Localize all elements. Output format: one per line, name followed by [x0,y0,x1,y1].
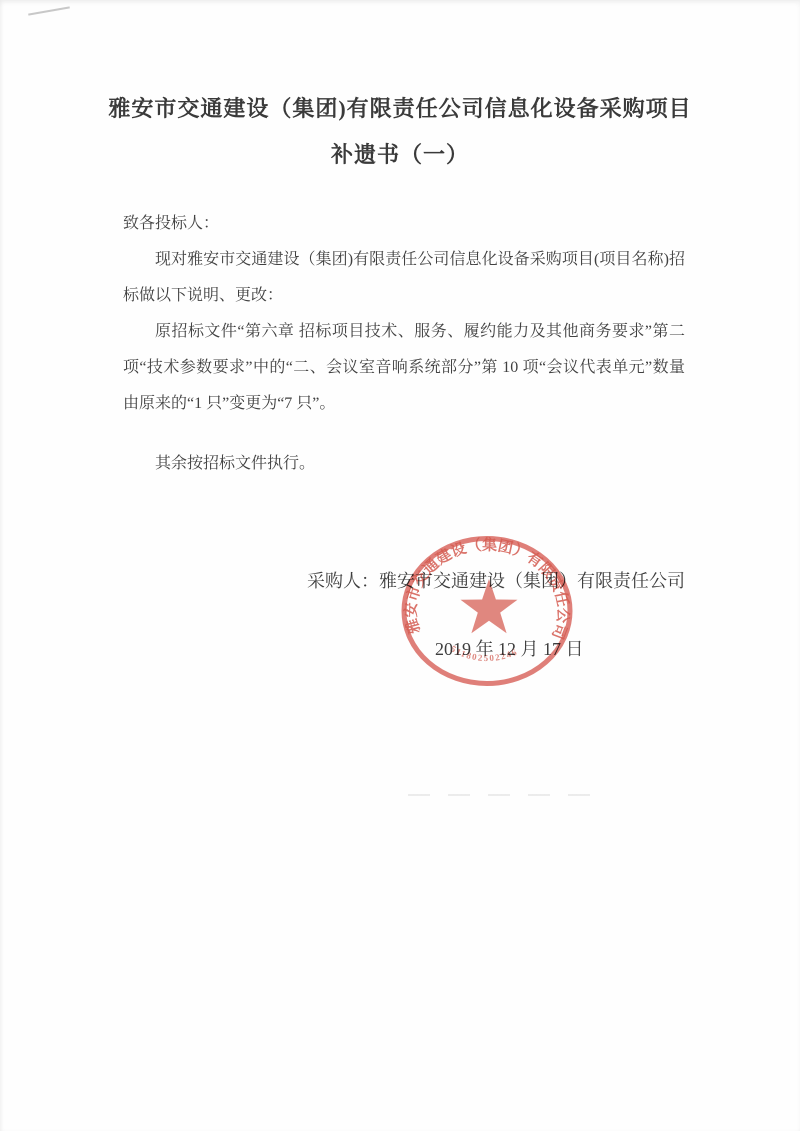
salutation: 致各投标人： [123,206,685,242]
purchaser-label: 采购人： [307,571,379,591]
scan-smudge-artifact [408,794,593,796]
document-page: 雅安市交通建设（集团)有限责任公司信息化设备采购项目 补遗书（一） 致各投标人：… [0,0,800,1131]
paragraph-change-detail: 原招标文件“第六章 招标项目技术、服务、履约能力及其他商务要求”第二项“技术参数… [123,314,685,422]
paragraph-announcement: 现对雅安市交通建设（集团)有限责任公司信息化设备采购项目(项目名称)招标做以下说… [123,242,685,314]
company-seal: 雅安市交通建设（集团）有限责任公司 511802502246 [372,506,602,716]
seal-serial-number: 511802502246 [449,644,519,664]
paragraph-closing: 其余按招标文件执行。 [123,446,685,482]
document-title: 雅安市交通建设（集团)有限责任公司信息化设备采购项目 补遗书（一） [0,86,800,178]
document-body: 致各投标人： 现对雅安市交通建设（集团)有限责任公司信息化设备采购项目(项目名称… [123,206,685,482]
title-line-2: 补遗书（一） [0,132,800,178]
scan-artifact-line [28,6,70,15]
seal-star-icon [461,579,518,633]
title-line-1: 雅安市交通建设（集团)有限责任公司信息化设备采购项目 [0,86,800,132]
